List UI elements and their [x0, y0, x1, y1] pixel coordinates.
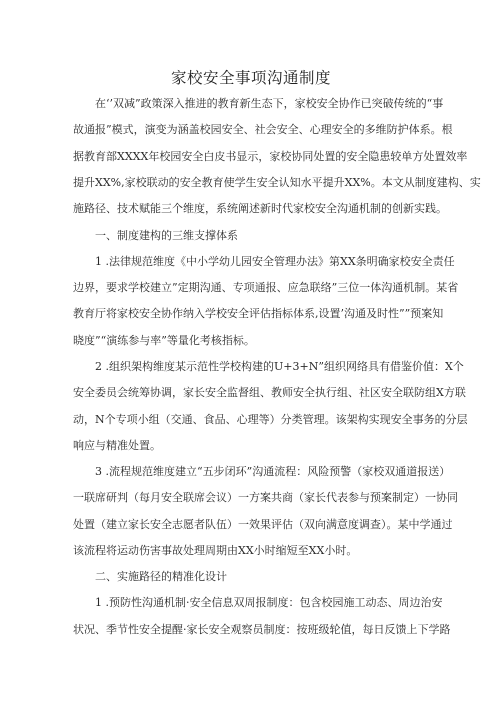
paragraph-line: 故通报”模式，演变为涵盖校园安全、社会安全、心理安全的多维防护体系。根: [73, 123, 429, 137]
paragraph-line: 教育厅将家校安全协作纳入学校安全评估指标体系,设置’沟通及时性””预案知: [73, 307, 429, 321]
paragraph-line: 一、制度建构的三维支撑体系: [73, 229, 429, 243]
paragraph-line: 边界，要求学校建立”定期沟通、专项通报、应急联络”三位一体沟通机制。某省: [73, 281, 429, 295]
paragraph-line: 一联席研判（每月安全联席会议）一方案共商（家长代表参与预案制定）一协同: [73, 491, 429, 505]
paragraph-line: 二、实施路径的精准化设计: [73, 570, 429, 584]
paragraph-line: 提升XX%,家校联动的安全教育使学生安全认知水平提升XX%。本文从制度建构、实: [73, 176, 429, 190]
paragraph-line: 在‘’双减”政策深入推进的教育新生态下，家校安全协作已突破传统的“事: [73, 97, 429, 111]
paragraph-line: 处置（建立家长安全志愿者队伍）一效果评估（双向满意度调查）。某中学通过: [73, 518, 429, 532]
paragraph-line: 1 .法律规范维度《中小学幼儿园安全管理办法》第XX条明确家校安全责任: [73, 255, 429, 269]
paragraph-line: 晓度”“演练参与率”等量化考核指标。: [73, 334, 429, 348]
paragraph-line: 动，N个专项小组（交通、食品、心理等）分类管理。该架构实现安全事务的分层: [73, 413, 429, 427]
paragraph-line: 施路径、技术赋能三个维度，系统阐述新时代家校安全沟通机制的创新实践。: [73, 202, 429, 216]
paragraph-line: 安全委员会统筹协调，家长安全监督组、教师安全执行组、社区安全联防组X方联: [73, 386, 429, 400]
paragraph-line: 1 .预防性沟通机制·安全信息双周报制度：包含校园施工动态、周边治安: [73, 596, 429, 610]
paragraph-line: 响应与精准处置。: [73, 439, 429, 453]
paragraph-line: 状况、季节性安全提醒·家长安全观察员制度：按班级轮值，每日反馈上下学路: [73, 623, 429, 637]
paragraph-line: 该流程将运动伤害事故处理周期由XX小时缩短至XX小时。: [73, 544, 429, 558]
document-title: 家校安全事项沟通制度: [73, 66, 429, 88]
paragraph-line: 3 .流程规范维度建立“五步闭环”沟通流程：风险预警（家校双通道报送）: [73, 465, 429, 479]
paragraph-line: 据教育部XXXX年校园安全白皮书显示，家校协同处置的安全隐患较单方处置效率: [73, 150, 429, 164]
paragraph-line: 2 .组织架构维度某示范性学校构建的U+3+N”组织网络具有借鉴价值：X个: [73, 360, 429, 374]
